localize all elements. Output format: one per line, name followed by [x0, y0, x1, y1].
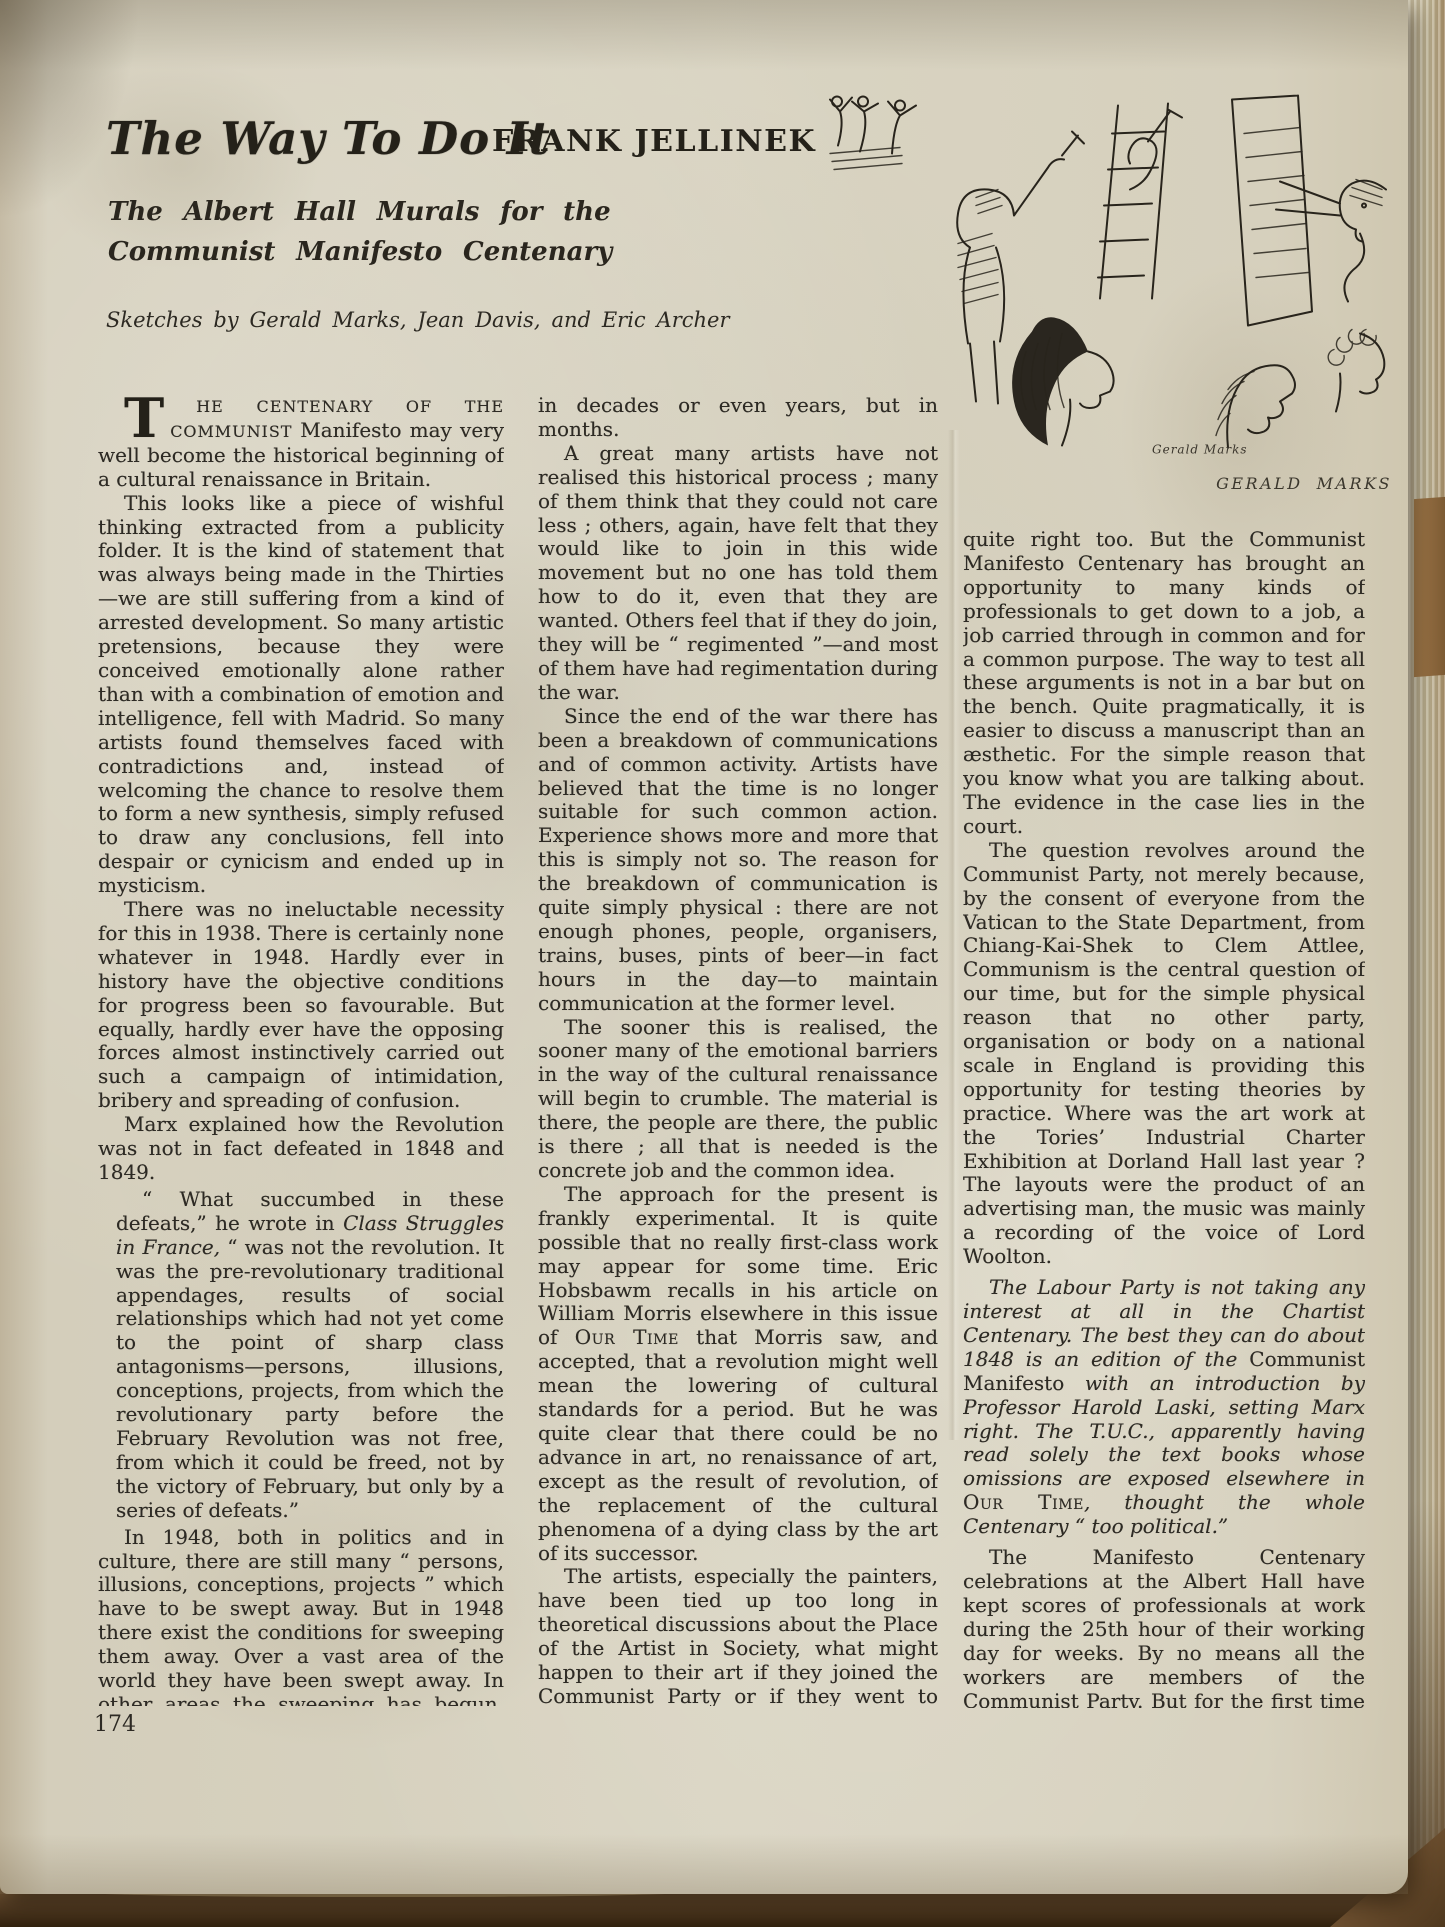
text-segment: in decades or even years, but in months.: [538, 394, 938, 441]
subtitle-line-2: Communist Manifesto Centenary: [108, 232, 612, 272]
article-paragraph: in decades or even years, but in months.: [538, 394, 938, 442]
text-column-3: quite right too. But the Communist Manif…: [963, 528, 1365, 1708]
subtitle-line-1: The Albert Hall Murals for the: [108, 192, 612, 232]
page-edge-gap: [1414, 497, 1445, 677]
text-column-1: THE CENTENARY OF THE COMMUNIST Manifesto…: [98, 394, 504, 1706]
text-segment: There was no ineluctable necessity for t…: [98, 897, 504, 1112]
text-segment: The sooner this is realised, the sooner …: [538, 1015, 938, 1182]
ladder-figure: [1098, 104, 1182, 299]
page-bottom-shadow: [0, 1834, 1408, 1894]
article-paragraph: The Manifesto Centenary celebrations at …: [963, 1546, 1365, 1708]
article-paragraph: The approach for the present is frankly …: [538, 1183, 938, 1566]
text-segment: Our Time: [963, 1490, 1084, 1514]
article-paragraph: “ What succumbed in these defeats,” he w…: [116, 1188, 504, 1523]
upturned-face-man: [1216, 365, 1295, 447]
article-title: The Way To Do It: [106, 112, 551, 165]
text-segment: that Morris saw, and accepted, that a re…: [538, 1325, 938, 1564]
text-segment: Marx explained how the Revolution was no…: [98, 1112, 504, 1184]
paper-crease: [948, 430, 960, 1440]
text-segment: The Manifesto Centenary celebrations at …: [963, 1545, 1365, 1708]
photographed-magazine-spread: The Way To Do It FRANK JELLINEK The Albe…: [0, 0, 1445, 1927]
illustration-caption: GERALD MARKS: [1100, 474, 1392, 493]
article-paragraph: The sooner this is realised, the sooner …: [538, 1016, 938, 1183]
article-author: FRANK JELLINEK: [492, 124, 816, 159]
article-paragraph: The artists, especially the painters, ha…: [538, 1565, 938, 1706]
text-segment: The question revolves around the Communi…: [963, 838, 1365, 1268]
article-paragraph: THE CENTENARY OF THE COMMUNIST Manifesto…: [98, 394, 504, 492]
artist-signature: Gerald Marks: [1152, 443, 1248, 457]
page-top-shadow: [0, 0, 1408, 70]
text-segment: Since the end of the war there has been …: [538, 704, 938, 1015]
magazine-page: The Way To Do It FRANK JELLINEK The Albe…: [0, 0, 1408, 1894]
man-at-panel: [1276, 180, 1386, 302]
article-subtitle: The Albert Hall Murals for the Communist…: [108, 192, 612, 272]
text-segment: T: [98, 394, 170, 439]
woman-profile-dark-hair: [1012, 317, 1113, 445]
text-segment: The artists, especially the painters, ha…: [538, 1564, 938, 1706]
article-paragraph: There was no ineluctable necessity for t…: [98, 898, 504, 1113]
page-number: 174: [94, 1712, 136, 1737]
article-paragraph: A great many artists have not realised t…: [538, 442, 938, 705]
text-segment: In 1948, both in politics and in culture…: [98, 1525, 504, 1706]
sketch-credit-line: Sketches by Gerald Marks, Jean Davis, an…: [106, 308, 730, 332]
text-column-2: in decades or even years, but in months.…: [538, 394, 938, 1706]
text-segment: “ was not the revolution. It was the pre…: [116, 1235, 504, 1522]
article-paragraph: quite right too. But the Communist Manif…: [963, 528, 1365, 839]
mural-panel: [1232, 96, 1312, 326]
page-corner-shadow: [0, 0, 140, 220]
text-segment: quite right too. But the Communist Manif…: [963, 528, 1365, 838]
article-paragraph: This looks like a piece of wishful think…: [98, 492, 504, 898]
article-paragraph: Since the end of the war there has been …: [538, 705, 938, 1016]
text-segment: Our Time: [575, 1325, 679, 1349]
upturned-face-woman: [1328, 330, 1384, 412]
article-paragraph: The Labour Party is not taking any inter…: [963, 1276, 1365, 1539]
article-paragraph: The question revolves around the Communi…: [963, 839, 1365, 1269]
text-segment: A great many artists have not realised t…: [538, 441, 938, 704]
crowd-raised-arms: [830, 97, 916, 170]
text-segment: This looks like a piece of wishful think…: [98, 491, 504, 898]
article-paragraph: Marx explained how the Revolution was no…: [98, 1113, 504, 1185]
text-segment: The approach for the present is frankly …: [538, 1182, 938, 1349]
article-paragraph: In 1948, both in politics and in culture…: [98, 1526, 504, 1706]
